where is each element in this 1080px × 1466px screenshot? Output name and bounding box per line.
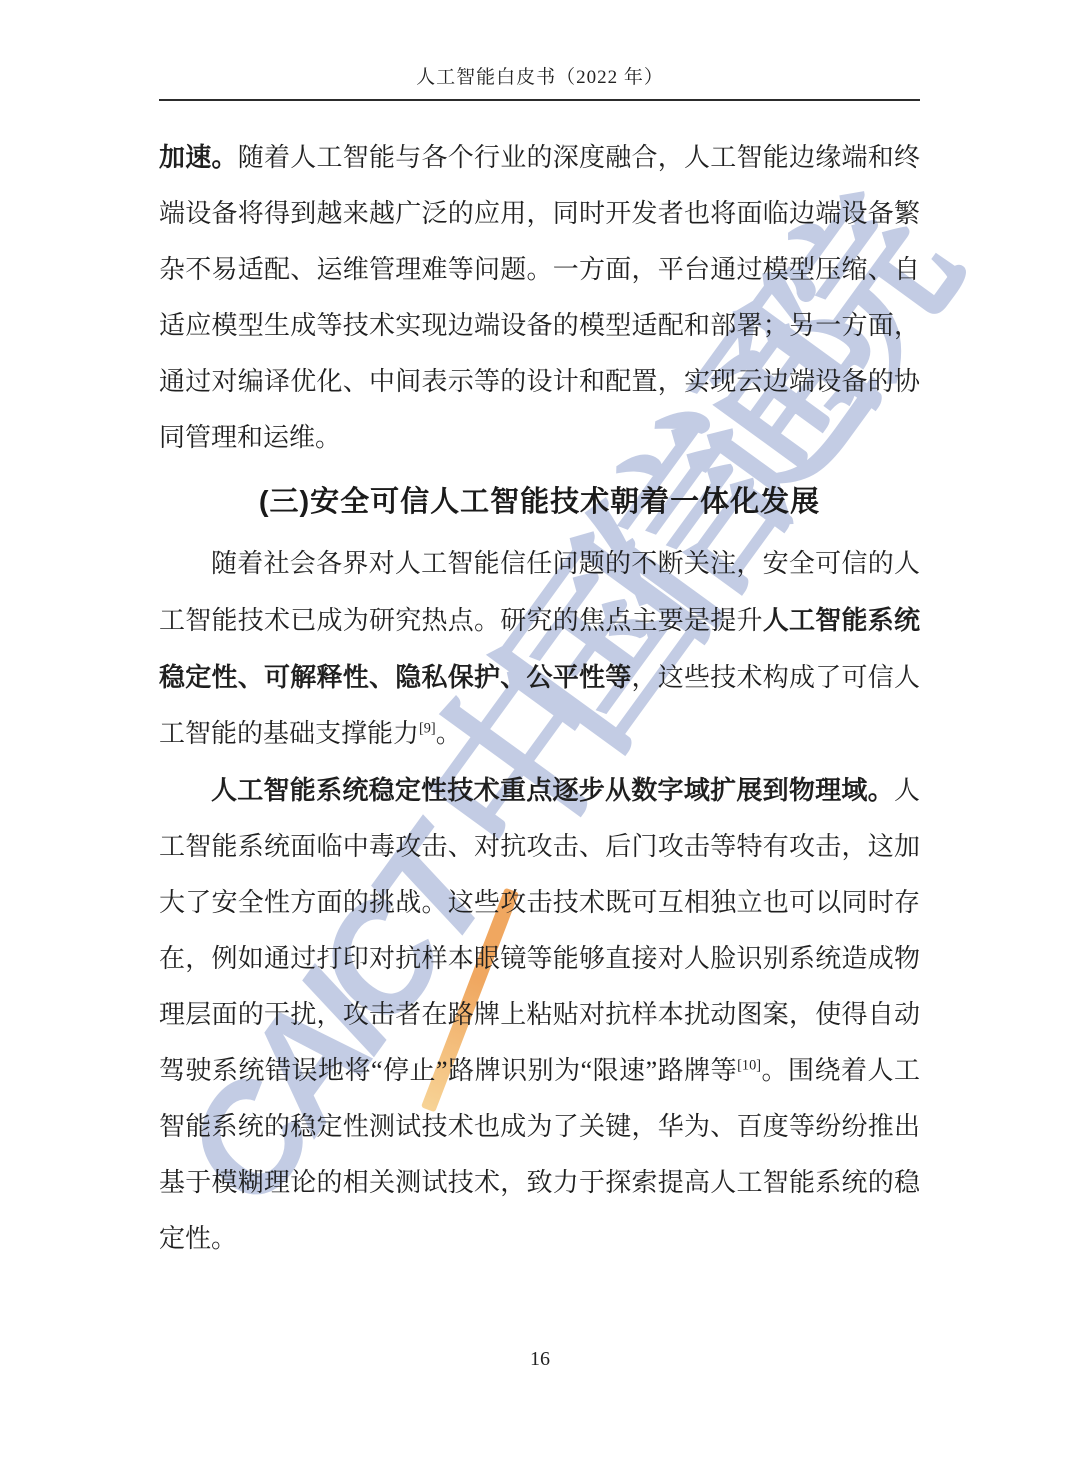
paragraph: 随着社会各界对人工智能信任问题的不断关注，安全可信的人工智能技术已成为研究热点。…	[159, 536, 920, 762]
paragraph: 加速。随着人工智能与各个行业的深度融合，人工智能边缘端和终端设备将得到越来越广泛…	[159, 129, 920, 466]
paragraph: 人工智能系统稳定性技术重点逐步从数字域扩展到物理域。人工智能系统面临中毒攻击、对…	[159, 762, 920, 1267]
header-title: 人工智能白皮书（2022 年）	[0, 62, 1080, 89]
header-rule	[159, 99, 920, 101]
document-page: CAICT 中国信通院 人工智能白皮书（2022 年） 加速。随着人工智能与各个…	[0, 0, 1080, 1466]
page-body: 加速。随着人工智能与各个行业的深度融合，人工智能边缘端和终端设备将得到越来越广泛…	[159, 129, 920, 1267]
page-number: 16	[0, 1348, 1080, 1371]
section-heading: (三)安全可信人工智能技术朝着一体化发展	[159, 474, 920, 530]
